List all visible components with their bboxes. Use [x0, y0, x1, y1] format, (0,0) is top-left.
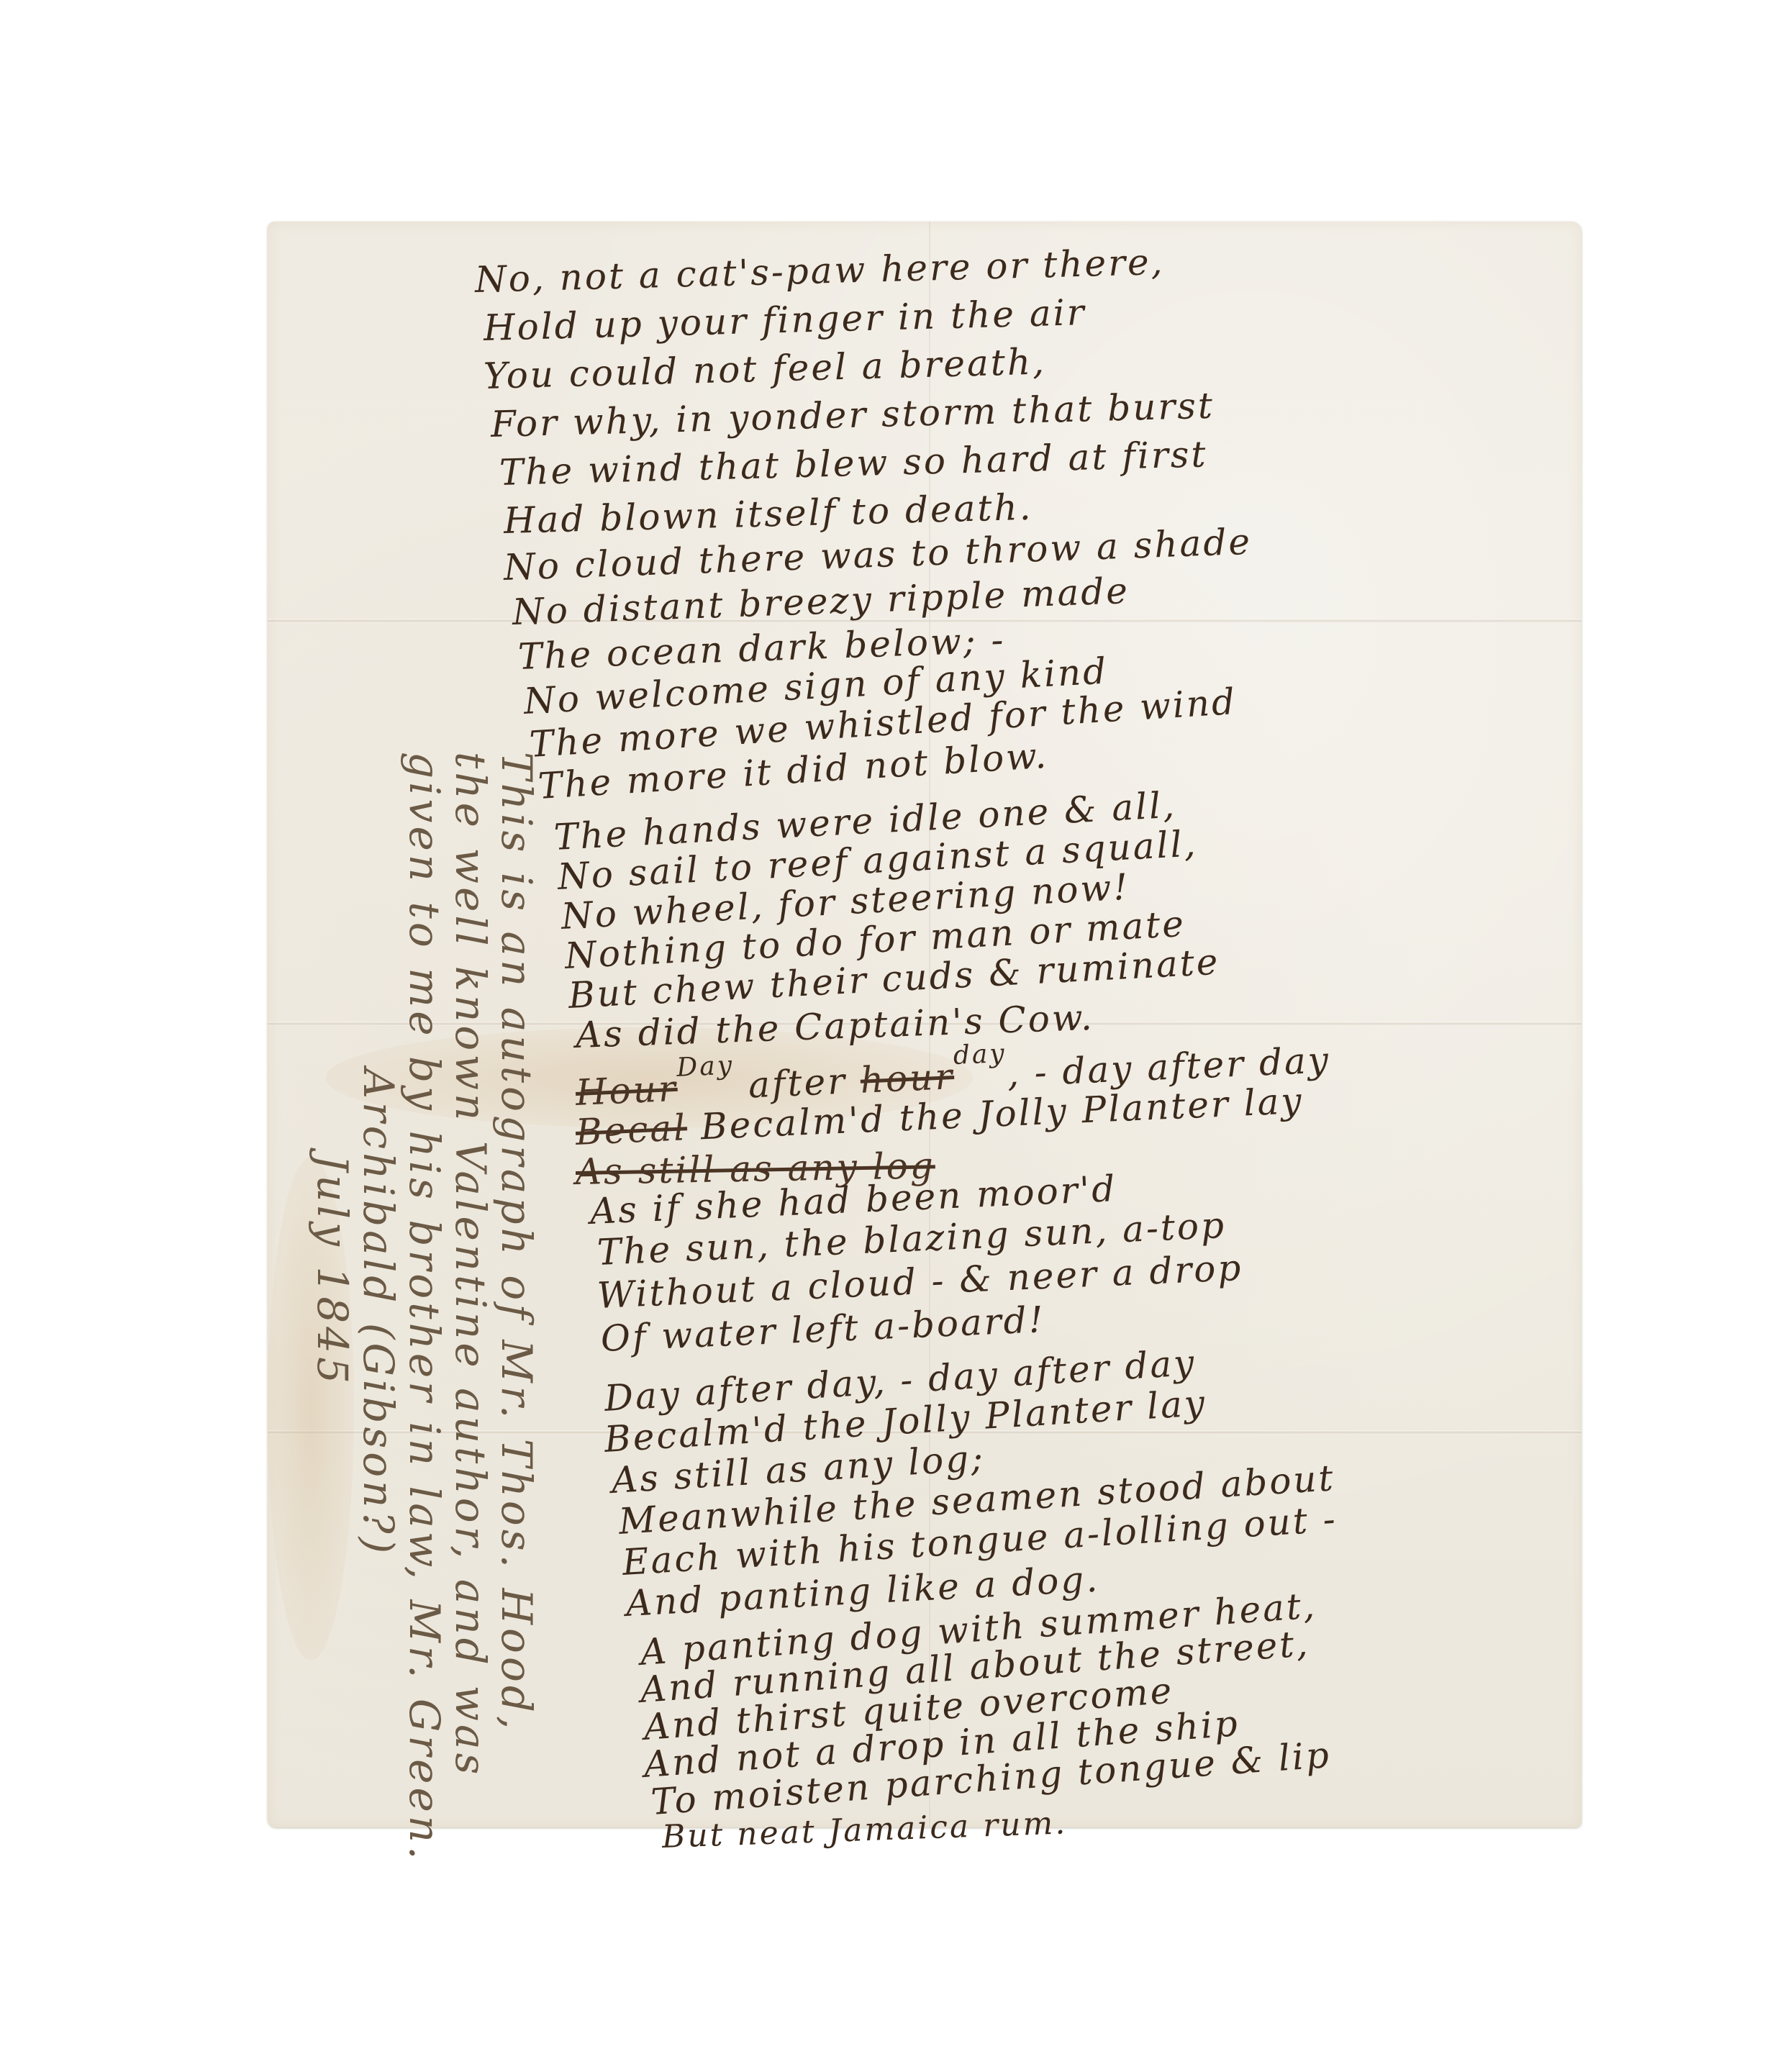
poem-line: Hold up your finger in the air [483, 291, 1086, 349]
struck-word: Becal [575, 1107, 689, 1153]
struck-word: Hour [575, 1068, 679, 1114]
margin-note-line: the well known Valentine author, and was [448, 752, 494, 1701]
margin-note-signature: Archibald (Gibson?) [355, 752, 401, 1701]
marginal-provenance-note: This is an autograph of Mr. Thos. Hood, … [309, 752, 540, 1701]
poem-line: You could not feel a breath, [483, 341, 1046, 397]
margin-note-line: This is an autograph of Mr. Thos. Hood, [494, 752, 540, 1701]
inserted-word: day [953, 1039, 1007, 1071]
inserted-word: Day [676, 1050, 735, 1082]
poem-body: No, not a cat's-paw here or there, Hold … [0, 0, 1788, 2072]
margin-note-line: given to me by his brother in law, Mr. G… [401, 752, 448, 1701]
struck-word: hour [860, 1055, 956, 1101]
margin-note-date: July 1845 [309, 752, 355, 1701]
